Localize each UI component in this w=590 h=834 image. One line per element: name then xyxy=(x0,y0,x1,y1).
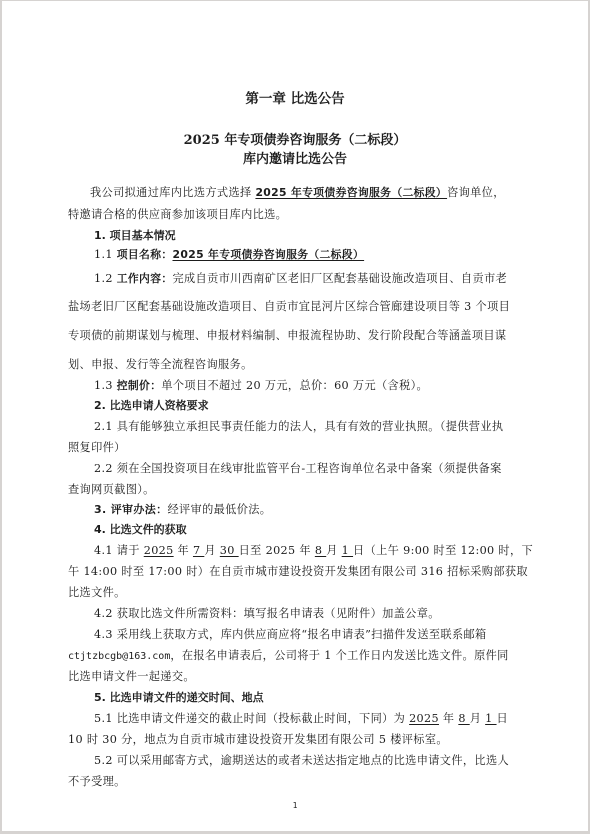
document-page: 第一章 比选公告 2025 年专项债券咨询服务（二标段） 库内邀请比选公告 我公… xyxy=(2,1,588,831)
start-month: 7 xyxy=(193,544,204,557)
text: ，在报名申请表后，公司将于 1 个工作日内发送比选文件。原件同 xyxy=(170,649,508,662)
text: 日（上午 9:00 时至 12:00 时，下 xyxy=(353,544,533,557)
item-1-2-line3: 专项债的前期谋划与梳理、申报材料编制、申报流程协助、发行阶段配合等涵盖项目谋 xyxy=(68,327,506,343)
intro-text-end: 咨询单位， xyxy=(447,186,505,199)
project-name-value: 2025 年专项债券咨询服务（二标段） xyxy=(172,248,364,261)
item-label: 工作内容： xyxy=(117,272,173,285)
item-1-3: 1.3 控制价：单个项目不超过 20 万元，总价：60 万元（含税）。 xyxy=(94,377,428,393)
end-day: 1 xyxy=(342,544,353,557)
deadline-year: 2025 xyxy=(409,712,439,725)
item-1-1: 1.1 项目名称：2025 年专项债券咨询服务（二标段） xyxy=(94,247,364,262)
contact-email[interactable]: ctjtzbcgb@163.com xyxy=(68,651,170,662)
item-4-1-line1: 4.1 请于 2025 年 7 月 30 日至 2025 年 8 月 1 日（上… xyxy=(94,542,533,558)
item-5-1-line1: 5.1 比选申请文件递交的截止时间（投标截止时间，下同）为 2025 年 8 月… xyxy=(94,710,508,726)
item-2-1-line2: 照复印件） xyxy=(68,439,126,455)
text: 年 xyxy=(439,712,458,725)
intro-paragraph-line1: 我公司拟通过库内比选方式选择 2025 年专项债券咨询服务（二标段）咨询单位， xyxy=(90,184,505,200)
section1-heading: 1. 项目基本情况 xyxy=(94,227,176,243)
text: 月 xyxy=(204,544,219,557)
item-4-1-line3: 比选文件。 xyxy=(68,584,126,600)
item-2-2-line1: 2.2 须在全国投资项目在线审批监管平台-工程咨询单位名录中备案（须提供备案 xyxy=(94,460,502,476)
announcement-title-line2: 库内邀请比选公告 xyxy=(2,148,588,167)
end-month: 8 xyxy=(315,544,326,557)
item-label: 项目名称： xyxy=(117,248,173,261)
item-5-1-line2: 10 时 30 分，地点为自贡市城市建设投资开发集团有限公司 5 楼评标室。 xyxy=(68,731,448,747)
item-2-2-line2: 查询网页截图）。 xyxy=(68,481,155,497)
control-price-value: 单个项目不超过 20 万元，总价：60 万元（含税）。 xyxy=(161,379,428,392)
work-content-text: 完成自贡市川西南矿区老旧厂区配套基础设施改造项目、自贡市老 xyxy=(172,272,507,285)
section3-label: 3. 评审办法： xyxy=(94,503,167,516)
item-4-2: 4.2 获取比选文件所需资料：填写报名申请表（见附件）加盖公章。 xyxy=(94,605,440,621)
item-5-2-line1: 5.2 可以采用邮寄方式，逾期送达的或者未送达指定地点的比选申请文件，比选人 xyxy=(94,752,509,768)
item-1-2-line4: 划、申报、发行等全流程咨询服务。 xyxy=(68,356,253,372)
item-4-3-line1: 4.3 采用线上获取方式，库内供应商应将“报名申请表”扫描件发送至联系邮箱 xyxy=(94,626,487,642)
text: 年 xyxy=(174,544,193,557)
item-2-1-line1: 2.1 具有能够独立承担民事责任能力的法人，具有有效的营业执照。（提供营业执 xyxy=(94,418,503,434)
section4-heading: 4. 比选文件的获取 xyxy=(94,521,187,537)
section2-heading: 2. 比选申请人资格要求 xyxy=(94,397,209,413)
item-1-2-line2: 盐场老旧厂区配套基础设施改造项目、自贡市宜昆河片区综合管廊建设项目等 3 个项目 xyxy=(68,298,510,314)
item-number: 1.1 xyxy=(94,248,117,261)
item-number: 1.3 xyxy=(94,379,117,392)
item-label: 控制价： xyxy=(117,379,162,392)
item-5-2-line2: 不予受理。 xyxy=(68,773,126,789)
intro-project-name: 2025 年专项债券咨询服务（二标段） xyxy=(255,186,447,199)
start-day: 30 xyxy=(220,544,239,557)
intro-paragraph-line2: 特邀请合格的供应商参加该项目库内比选。 xyxy=(68,206,287,222)
page-number: 1 xyxy=(2,801,588,810)
intro-text: 我公司拟通过库内比选方式选择 xyxy=(90,186,255,199)
section3: 3. 评审办法：经评审的最低价法。 xyxy=(94,501,271,517)
item-4-3-line3: 比选申请文件一起递交。 xyxy=(68,668,195,684)
text: 4.1 请于 xyxy=(94,544,144,557)
item-4-3-line2: ctjtzbcgb@163.com，在报名申请表后，公司将于 1 个工作日内发送… xyxy=(68,647,509,663)
chapter-title: 第一章 比选公告 xyxy=(2,87,588,107)
section3-value: 经评审的最低价法。 xyxy=(167,503,271,516)
text: 5.1 比选申请文件递交的截止时间（投标截止时间，下同）为 xyxy=(94,712,409,725)
item-4-1-line2: 午 14:00 时至 17:00 时）在自贡市城市建设投资开发集团有限公司 31… xyxy=(68,563,528,579)
text: 月 xyxy=(326,544,341,557)
text: 日 xyxy=(497,712,509,725)
start-year: 2025 xyxy=(144,544,174,557)
item-number: 1.2 xyxy=(94,272,117,285)
deadline-day: 1 xyxy=(485,712,496,725)
section5-heading: 5. 比选申请文件的递交时间、地点 xyxy=(94,689,264,705)
text: 月 xyxy=(470,712,485,725)
text: 日至 2025 年 xyxy=(239,544,315,557)
item-1-2-line1: 1.2 工作内容：完成自贡市川西南矿区老旧厂区配套基础设施改造项目、自贡市老 xyxy=(94,270,507,286)
announcement-title-line1: 2025 年专项债券咨询服务（二标段） xyxy=(2,129,588,148)
deadline-month: 8 xyxy=(458,712,469,725)
